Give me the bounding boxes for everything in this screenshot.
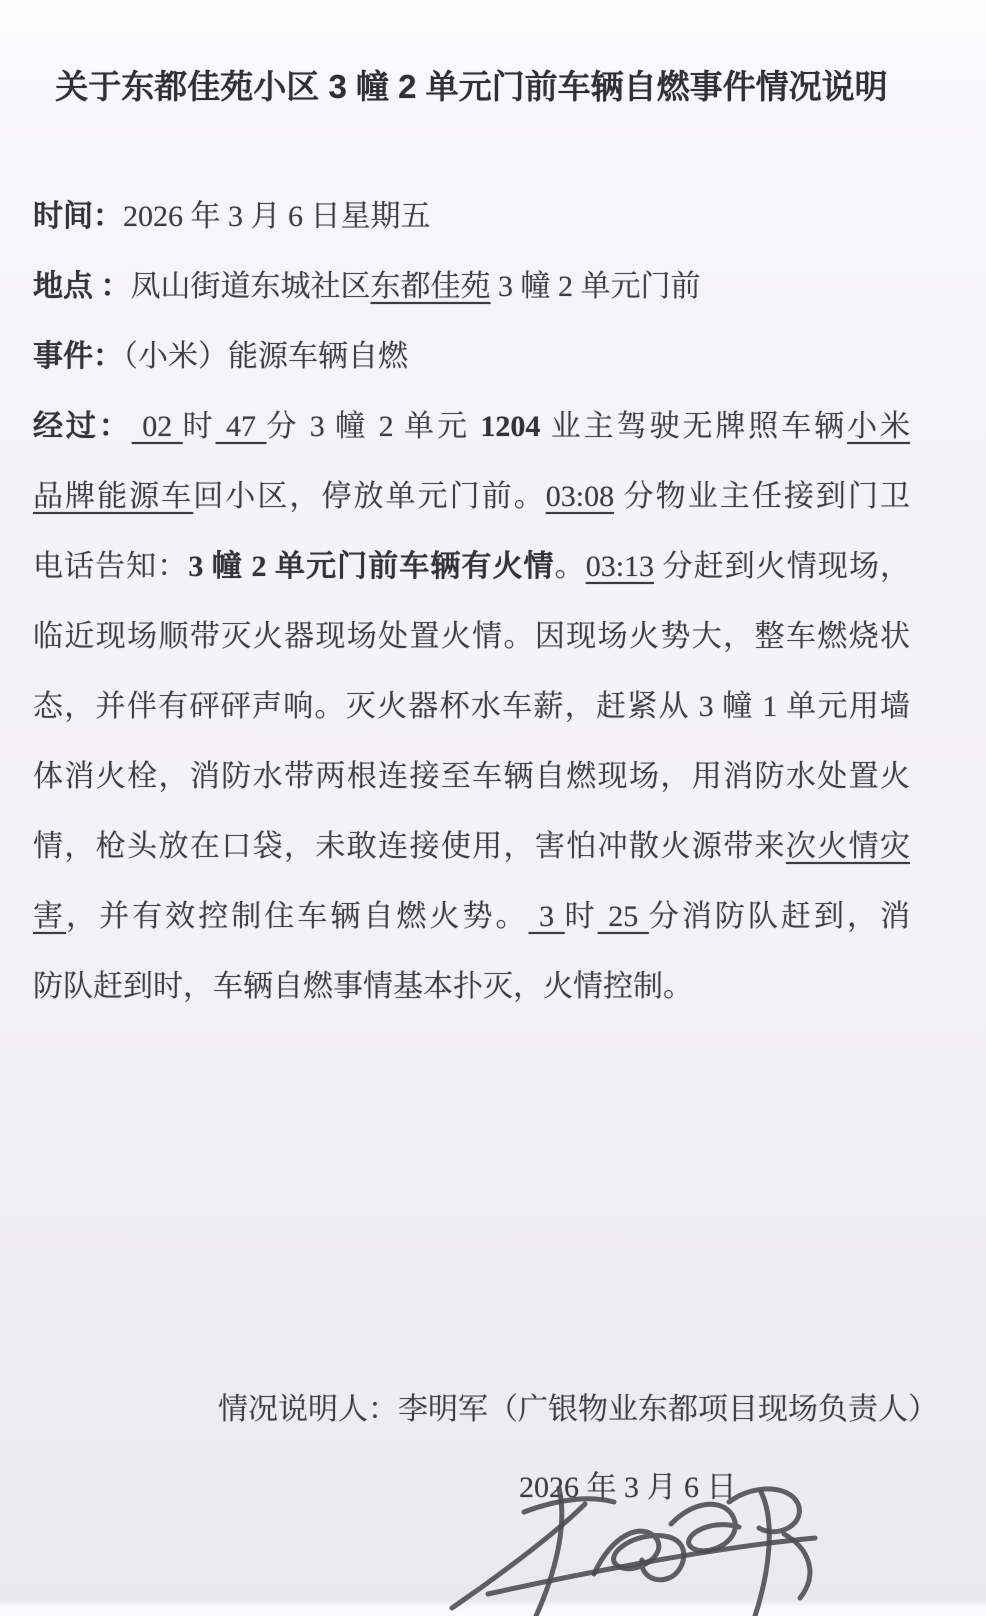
text-segment: 品牌能源车 (33, 480, 193, 513)
document-line: 态，并伴有砰砰声响。灭火器杯水车薪，赶紧从 3 幢 1 单元用墙 (33, 672, 910, 742)
text-segment: （小米）能源车辆自燃 (123, 340, 408, 373)
text-segment: 25 (598, 900, 649, 933)
text-segment: 03:08 (546, 480, 614, 513)
text-segment: ，并有效控制住车辆自燃火势。 (66, 900, 529, 933)
document-line: 害，并有效控制住车辆自燃火势。 3 时 25 分消防队赶到，消 (33, 882, 910, 952)
text-segment: 回小区，停放单元门前。 (193, 480, 546, 513)
text-segment: 3 幢 2 单元门前 (491, 270, 701, 303)
text-segment: 业主驾驶无牌照车辆 (540, 410, 847, 443)
text-segment: 情，枪头放在口袋，未敢连接使用，害怕冲散火源带来 (33, 830, 786, 863)
text-segment: 47 (216, 410, 267, 443)
text-segment: 态，并伴有砰砰声响。灭火器杯水车薪，赶紧从 3 幢 1 单元用墙 (33, 690, 910, 723)
text-segment: 3 幢 2 单元门前车辆有火情 (188, 550, 554, 583)
signature-scrawl-icon (428, 1478, 832, 1616)
text-segment: 分赶到火情现场， (654, 550, 910, 583)
document-line-event: 事件：（小米）能源车辆自燃 (33, 322, 910, 392)
text-segment: 地点 ： (33, 270, 131, 303)
text-segment: 1204 (480, 410, 540, 443)
document-line-last: 防队赶到时，车辆自燃事情基本扑灭，火情控制。 (33, 952, 910, 1022)
text-segment: 害 (33, 900, 66, 933)
document-line: 品牌能源车回小区，停放单元门前。03:08 分物业主任接到门卫 (33, 462, 910, 532)
document-line: 临近现场顺带灭火器现场处置火情。因现场火势大，整车燃烧状 (33, 602, 910, 672)
text-segment: 东都佳苑 (371, 270, 491, 303)
text-segment: 临近现场顺带灭火器现场处置火情。因现场火势大，整车燃烧状 (33, 620, 910, 653)
document-line: 情，枪头放在口袋，未敢连接使用，害怕冲散火源带来次火情灾 (33, 812, 910, 882)
text-segment: 2026 年 3 月 6 日星期五 (123, 200, 431, 233)
handwritten-signature (428, 1478, 832, 1616)
text-segment: 防队赶到时，车辆自燃事情基本扑灭，火情控制。 (33, 970, 693, 1003)
signer-line: 情况说明人：李明军（广银物业东都项目现场负责人） (33, 1375, 938, 1445)
text-segment: 02 (132, 410, 183, 443)
document-photo: 关于东都佳苑小区 3 幢 2 单元门前车辆自燃事件情况说明 时间：2026 年 … (0, 0, 986, 1616)
text-segment: 电话告知： (33, 550, 188, 583)
document-line: 电话告知：3 幢 2 单元门前车辆有火情。03:13 分赶到火情现场， (33, 532, 910, 602)
document-line-place: 地点 ：凤山街道东城社区东都佳苑 3 幢 2 单元门前 (33, 252, 910, 322)
document-line: 体消火栓，消防水带两根连接至车辆自燃现场，用消防水处置火 (33, 742, 910, 812)
text-segment: 时 (183, 410, 216, 443)
text-segment: 3 (529, 900, 565, 933)
text-segment: 次火情灾 (786, 830, 910, 863)
text-segment: 分 3 幢 2 单元 (266, 410, 480, 443)
text-segment: 分物业主任接到门卫 (614, 480, 910, 513)
text-segment: 时 (565, 900, 598, 933)
text-segment: 小米 (847, 410, 910, 443)
text-segment: 体消火栓，消防水带两根连接至车辆自燃现场，用消防水处置火 (33, 760, 910, 793)
text-segment: 时间： (33, 200, 123, 233)
text-segment: 事件： (33, 340, 123, 373)
text-segment: 凤山街道东城社区 (131, 270, 371, 303)
text-segment: 03:13 (586, 550, 654, 583)
document-body: 时间：2026 年 3 月 6 日星期五 地点 ：凤山街道东城社区东都佳苑 3 … (33, 182, 910, 1022)
document-line: 经过： 02 时 47 分 3 幢 2 单元 1204 业主驾驶无牌照车辆小米 (33, 392, 910, 462)
text-segment: 分消防队赶到，消 (649, 900, 910, 933)
document-line-time: 时间：2026 年 3 月 6 日星期五 (33, 182, 910, 252)
document-title: 关于东都佳苑小区 3 幢 2 单元门前车辆自燃事件情况说明 (33, 61, 910, 108)
text-segment: 经过： (33, 410, 132, 443)
text-segment: 。 (555, 550, 586, 583)
